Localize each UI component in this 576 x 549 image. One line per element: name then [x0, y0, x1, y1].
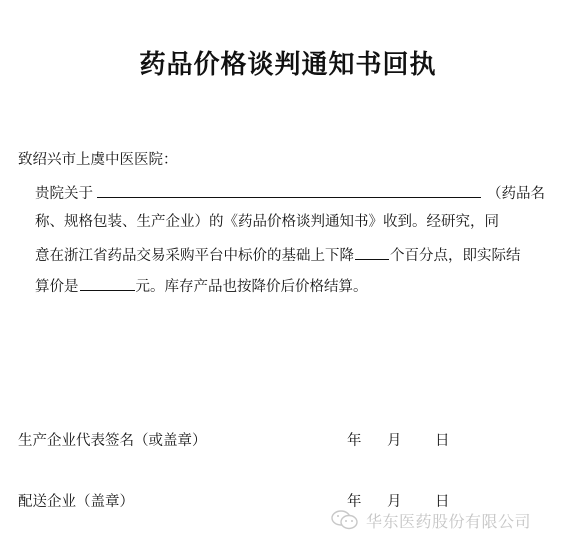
paragraph-line-1-prefix: 贵院关于: [35, 186, 93, 202]
drug-name-blank: [97, 181, 481, 198]
paragraph-line-4-suffix: 元。库存产品也按降价后价格结算。: [136, 279, 368, 295]
paragraph-line-4: 算价是元。库存产品也按降价后价格结算。: [35, 274, 368, 297]
paragraph-line-3-prefix: 意在浙江省药品交易采购平台中标价的基础上下降: [35, 248, 354, 264]
paragraph-line-1: 贵院关于（药品名: [35, 181, 555, 204]
paragraph-line-2: 称、规格包装、生产企业）的《药品价格谈判通知书》收到。经研究，同: [35, 212, 499, 232]
manufacturer-signature-label: 生产企业代表签名（或盖章）: [18, 431, 207, 451]
price-blank: [80, 274, 135, 291]
paragraph-line-3: 意在浙江省药品交易采购平台中标价的基础上下降个百分点，即实际结: [35, 243, 521, 266]
wechat-icon: [330, 508, 360, 532]
salutation: 致绍兴市上虞中医医院：: [18, 150, 178, 170]
manufacturer-date-month: 月: [387, 431, 402, 451]
paragraph-line-1-suffix: （药品名: [487, 186, 545, 202]
paragraph-line-4-prefix: 算价是: [35, 279, 79, 295]
document-title: 药品价格谈判通知书回执: [0, 44, 576, 81]
watermark-text: 华东医药股份有限公司: [366, 509, 531, 532]
watermark: 华东医药股份有限公司: [330, 508, 531, 532]
paragraph-line-3-suffix: 个百分点，即实际结: [390, 248, 521, 264]
percentage-blank: [355, 243, 389, 260]
manufacturer-date-year: 年: [347, 431, 362, 451]
distributor-signature-label: 配送企业（盖章）: [18, 492, 134, 512]
manufacturer-date-day: 日: [435, 431, 450, 451]
